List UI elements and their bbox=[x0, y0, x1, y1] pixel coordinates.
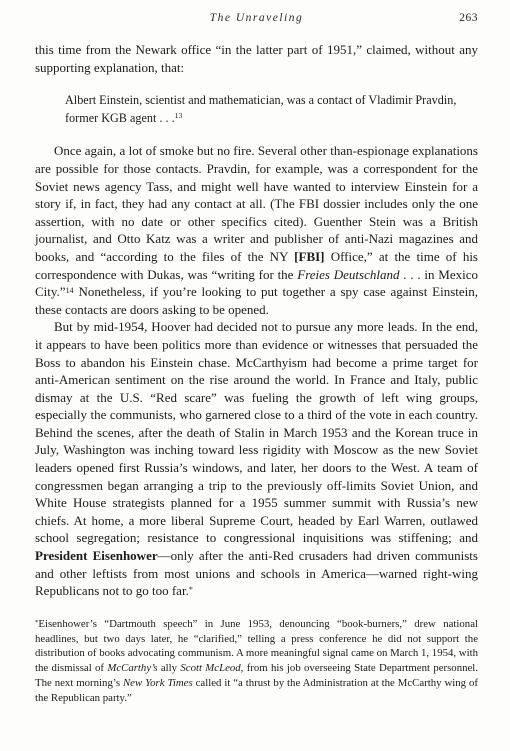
body-paragraph-1: this time from the Newark office “in the… bbox=[35, 41, 478, 76]
running-head: The Unraveling 263 bbox=[35, 10, 478, 28]
chapter-title: The Unraveling bbox=[35, 12, 478, 24]
body-paragraph-3: But by mid-1954, Hoover had decided not … bbox=[35, 318, 478, 600]
book-page: The Unraveling 263 this time from the Ne… bbox=[0, 0, 510, 751]
block-quote: Albert Einstein, scientist and mathemati… bbox=[65, 92, 468, 127]
body-text: this time from the Newark office “in the… bbox=[35, 41, 478, 706]
body-paragraph-2: Once again, a lot of smoke but no fire. … bbox=[35, 142, 478, 318]
page-number: 263 bbox=[459, 12, 478, 24]
footnote: *Eisenhower’s “Dartmouth speech” in June… bbox=[35, 617, 478, 706]
